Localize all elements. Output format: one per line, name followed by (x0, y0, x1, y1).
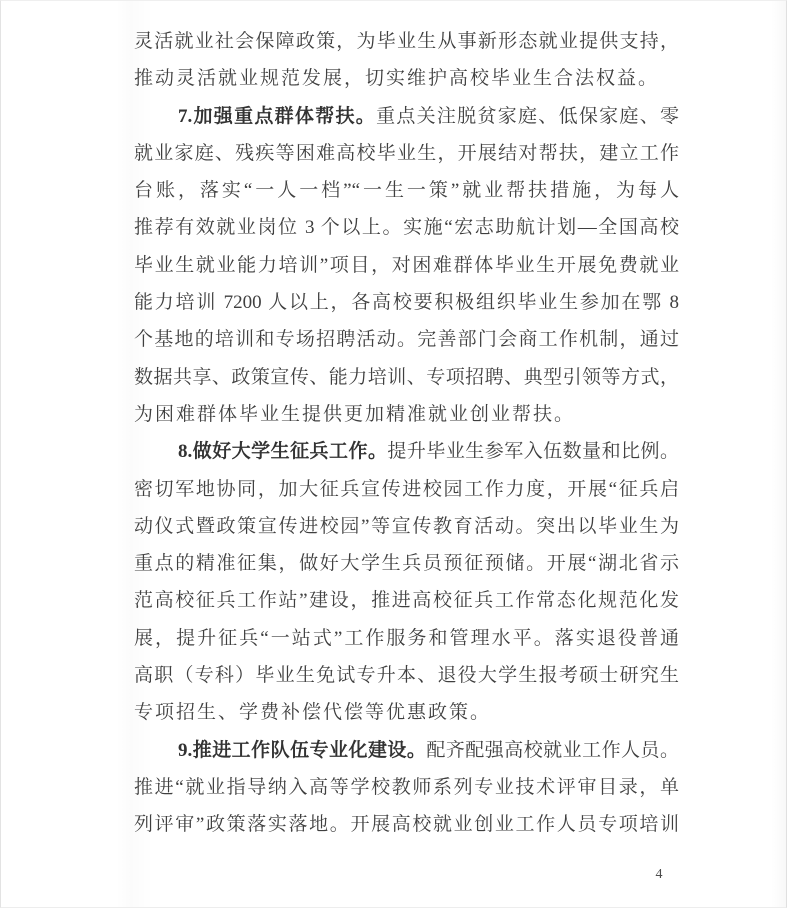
text-line: 为困难群体毕业生提供更加精准就业创业帮扶。 (134, 396, 679, 433)
text-line: 重点的精准征集，做好大学生兵员预征预储。开展“湖北省示 (134, 545, 679, 582)
text-line: 推动灵活就业规范发展，切实维护高校毕业生合法权益。 (134, 60, 679, 97)
text-line: 9.推进工作队伍专业化建设。配齐配强高校就业工作人员。 (134, 732, 679, 769)
body-text-run: 毕业生就业能力培训”项目，对困难群体毕业生开展免费就业 (134, 255, 679, 276)
body-text-run: 数据共享、政策宣传、能力培训、专项招聘、典型引领等方式， (134, 367, 679, 388)
body-text-run: 密切军地协同，加大征兵宣传进校园工作力度，开展“征兵启 (134, 479, 679, 500)
section-heading-run: 9.推进工作队伍专业化建设。 (178, 740, 426, 761)
body-text-run: 为困难群体毕业生提供更加精准就业创业帮扶。 (134, 404, 575, 425)
body-text-run: 动仪式暨政策宣传进校园”等宣传教育活动。突出以毕业生为 (134, 516, 679, 537)
body-text-run: 列评审”政策落实落地。开展高校就业创业工作人员专项培训 (134, 814, 679, 835)
section-heading-run: 8.做好大学生征兵工作。 (178, 441, 387, 462)
body-text-run: 能力培训 7200 人以上，各高校要积极组织毕业生参加在鄂 8 (134, 292, 679, 313)
text-line: 推荐有效就业岗位 3 个以上。实施“宏志助航计划—全国高校 (134, 209, 679, 246)
text-line: 8.做好大学生征兵工作。提升毕业生参军入伍数量和比例。 (134, 433, 679, 470)
text-line: 台账，落实“一人一档”“一生一策”就业帮扶措施，为每人 (134, 172, 679, 209)
body-text-run: 展，提升征兵“一站式”工作服务和管理水平。落实退役普通 (134, 628, 679, 649)
body-text-run: 台账，落实“一人一档”“一生一策”就业帮扶措施，为每人 (134, 180, 679, 201)
body-text-run: 推荐有效就业岗位 3 个以上。实施“宏志助航计划—全国高校 (134, 217, 679, 238)
text-line: 展，提升征兵“一站式”工作服务和管理水平。落实退役普通 (134, 620, 679, 657)
document-page: 灵活就业社会保障政策，为毕业生从事新形态就业提供支持，推动灵活就业规范发展，切实… (0, 0, 787, 908)
text-line: 灵活就业社会保障政策，为毕业生从事新形态就业提供支持， (134, 23, 679, 60)
body-text-run: 重点关注脱贫家庭、低保家庭、零 (376, 106, 679, 127)
body-text-run: 提升毕业生参军入伍数量和比例。 (387, 441, 679, 462)
body-text-run: 推进“就业指导纳入高等学校教师系列专业技术评审目录，单 (134, 777, 679, 798)
text-line: 列评审”政策落实落地。开展高校就业创业工作人员专项培训 (134, 806, 679, 843)
page-number: 4 (649, 867, 669, 883)
body-text-run: 配齐配强高校就业工作人员。 (426, 740, 679, 761)
text-line: 专项招生、学费补偿代偿等优惠政策。 (134, 694, 679, 731)
body-text-run: 高职（专科）毕业生免试专升本、退役大学生报考硕士研究生 (134, 665, 679, 686)
text-line: 就业家庭、残疾等困难高校毕业生，开展结对帮扶，建立工作 (134, 135, 679, 172)
text-line: 密切军地协同，加大征兵宣传进校园工作力度，开展“征兵启 (134, 471, 679, 508)
text-line: 推进“就业指导纳入高等学校教师系列专业技术评审目录，单 (134, 769, 679, 806)
body-text-run: 就业家庭、残疾等困难高校毕业生，开展结对帮扶，建立工作 (134, 143, 679, 164)
text-line: 范高校征兵工作站”建设，推进高校征兵工作常态化规范化发 (134, 582, 679, 619)
text-line: 个基地的培训和专场招聘活动。完善部门会商工作机制，通过 (134, 321, 679, 358)
section-heading-run: 7.加强重点群体帮扶。 (178, 106, 376, 127)
body-text-run: 专项招生、学费补偿代偿等优惠政策。 (134, 702, 491, 723)
text-line: 7.加强重点群体帮扶。重点关注脱贫家庭、低保家庭、零 (134, 98, 679, 135)
body-text-run: 灵活就业社会保障政策，为毕业生从事新形态就业提供支持， (134, 31, 679, 52)
body-text-run: 个基地的培训和专场招聘活动。完善部门会商工作机制，通过 (134, 329, 679, 350)
text-line: 数据共享、政策宣传、能力培训、专项招聘、典型引领等方式， (134, 359, 679, 396)
body-text-run: 范高校征兵工作站”建设，推进高校征兵工作常态化规范化发 (134, 590, 679, 611)
text-line: 高职（专科）毕业生免试专升本、退役大学生报考硕士研究生 (134, 657, 679, 694)
body-text-run: 重点的精准征集，做好大学生兵员预征预储。开展“湖北省示 (134, 553, 679, 574)
document-body: 灵活就业社会保障政策，为毕业生从事新形态就业提供支持，推动灵活就业规范发展，切实… (134, 23, 679, 844)
text-line: 毕业生就业能力培训”项目，对困难群体毕业生开展免费就业 (134, 247, 679, 284)
text-line: 动仪式暨政策宣传进校园”等宣传教育活动。突出以毕业生为 (134, 508, 679, 545)
text-line: 能力培训 7200 人以上，各高校要积极组织毕业生参加在鄂 8 (134, 284, 679, 321)
body-text-run: 推动灵活就业规范发展，切实维护高校毕业生合法权益。 (134, 68, 659, 89)
